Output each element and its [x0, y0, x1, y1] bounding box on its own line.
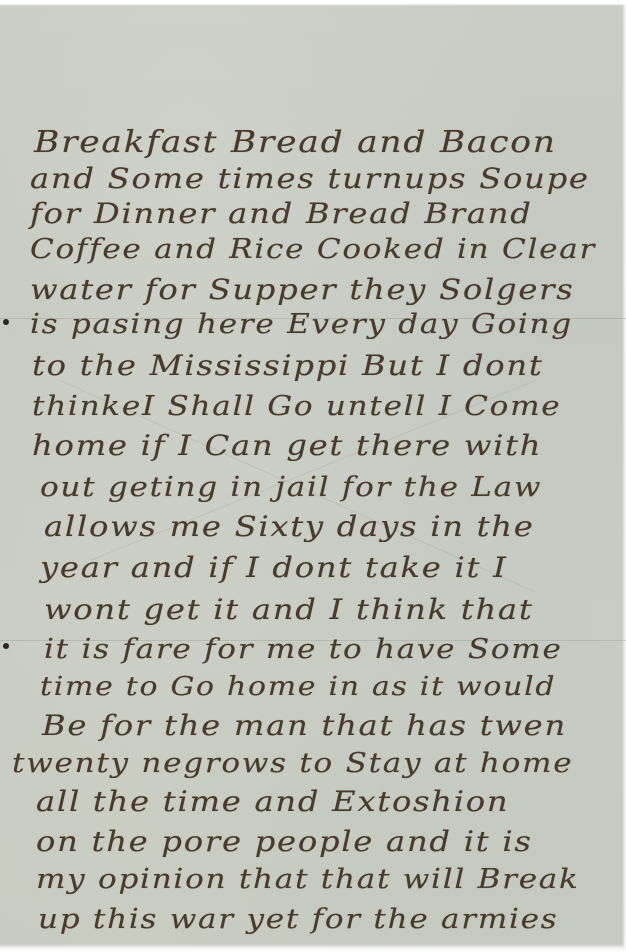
text-line: and Some times turnups Soupe	[30, 165, 590, 193]
text-line: year and if I dont take it I	[40, 554, 508, 582]
text-line: is pasing here Every day Going	[30, 311, 573, 338]
text-line: up this war yet for the armies	[38, 906, 558, 933]
text-line: out geting in jail for the Law	[40, 474, 542, 501]
text-line: it is fare for me to have Some	[44, 636, 563, 663]
text-line: home if I Can get there with	[32, 432, 542, 460]
text-line: twenty negrows to Stay at home	[12, 750, 573, 777]
text-line: Be for the man that has twen	[42, 712, 567, 740]
text-line: all the time and Extoshion	[36, 788, 509, 816]
text-line: Breakfast Bread and Bacon	[34, 128, 557, 158]
text-line: on the pore people and it is	[36, 828, 533, 856]
text-line: my opinion that that will Break	[36, 866, 580, 893]
text-line: wont get it and I think that	[44, 596, 534, 624]
letter-page: Breakfast Bread and Bacon and Some times…	[0, 0, 626, 952]
text-line: thinkeI Shall Go untell I Come	[32, 393, 561, 420]
text-line: time to Go home in as it would	[40, 674, 556, 700]
text-line: allows me Sixty days in the	[44, 513, 535, 541]
text-line: water for Supper they Solgers	[30, 276, 575, 304]
handwritten-text: Breakfast Bread and Bacon and Some times…	[0, 0, 626, 952]
text-line: for Dinner and Bread Brand	[30, 200, 533, 228]
text-line: Coffee and Rice Cooked in Clear	[30, 236, 596, 263]
text-line: to the Mississippi But I dont	[32, 352, 543, 380]
